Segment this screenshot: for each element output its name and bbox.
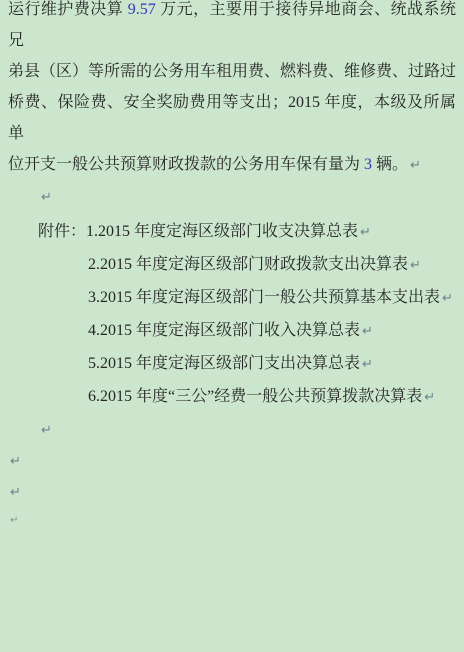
paragraph-text: 运行维护费决算: [8, 1, 128, 18]
paragraph-text: 辆。: [372, 156, 408, 173]
document-page[interactable]: 运行维护费决算 9.57 万元，主要用于接待异地商会、统战系统兄 弟县（区）等所…: [0, 0, 464, 531]
vehicle-count-value: 3: [364, 156, 372, 173]
attachment-item: 附件：1.2015 年度定海区级部门收支决算总表↵: [8, 216, 456, 249]
empty-paragraph: ↵: [8, 445, 456, 476]
paragraph-line: 弟县（区）等所需的公务用车租用费、燃料费、维修费、过路过: [8, 56, 456, 87]
attachment-item: 4.2015 年度定海区级部门收入决算总表↵: [8, 315, 456, 348]
attachment-list: 附件：1.2015 年度定海区级部门收支决算总表↵ 2.2015 年度定海区级部…: [8, 216, 456, 414]
attachment-item: 6.2015 年度“三公”经费一般公共预算拨款决算表↵: [8, 381, 456, 414]
paragraph-mark-icon: ↵: [8, 515, 18, 526]
empty-paragraph: ↵: [8, 414, 456, 445]
paragraph-mark-icon: ↵: [360, 357, 373, 372]
empty-paragraph: ↵: [8, 476, 456, 507]
empty-paragraph: ↵: [8, 507, 456, 531]
empty-paragraph: ↵: [8, 181, 456, 212]
paragraph-mark-icon: ↵: [408, 158, 421, 173]
paragraph-mark-icon: ↵: [39, 190, 52, 205]
attachment-item-text: 6.2015 年度“三公”经费一般公共预算拨款决算表: [88, 388, 422, 405]
attachment-item-text: 5.2015 年度定海区级部门支出决算总表: [88, 355, 360, 372]
attachment-item: 2.2015 年度定海区级部门财政拨款支出决算表↵: [8, 249, 456, 282]
attachment-item-text: 1.2015 年度定海区级部门收支决算总表: [86, 223, 358, 240]
body-paragraph: 运行维护费决算 9.57 万元，主要用于接待异地商会、统战系统兄 弟县（区）等所…: [8, 0, 456, 181]
paragraph-mark-icon: ↵: [8, 454, 21, 469]
attachment-item-text: 2.2015 年度定海区级部门财政拨款支出决算表: [88, 256, 408, 273]
paragraph-line: 运行维护费决算 9.57 万元，主要用于接待异地商会、统战系统兄: [8, 0, 456, 56]
paragraph-text: 位开支一般公共预算财政拨款的公务用车保有量为: [8, 156, 364, 173]
paragraph-text: 弟县（区）等所需的公务用车租用费、燃料费、维修费、过路过: [8, 63, 456, 80]
attachment-item-text: 3.2015 年度定海区级部门一般公共预算基本支出表: [88, 289, 440, 306]
paragraph-line: 位开支一般公共预算财政拨款的公务用车保有量为 3 辆。↵: [8, 149, 456, 181]
paragraph-line: 桥费、保险费、安全奖励费用等支出；2015 年度，本级及所属单: [8, 87, 456, 149]
attachment-label: 附件：: [38, 223, 86, 240]
paragraph-mark-icon: ↵: [8, 485, 21, 500]
attachment-item-text: 4.2015 年度定海区级部门收入决算总表: [88, 322, 360, 339]
decimal-value: 9.57: [128, 1, 156, 18]
paragraph-mark-icon: ↵: [358, 225, 371, 240]
attachment-item: 3.2015 年度定海区级部门一般公共预算基本支出表↵: [8, 282, 456, 315]
paragraph-mark-icon: ↵: [360, 324, 373, 339]
paragraph-mark-icon: ↵: [440, 291, 453, 306]
attachment-item: 5.2015 年度定海区级部门支出决算总表↵: [8, 348, 456, 381]
paragraph-mark-icon: ↵: [422, 390, 435, 405]
paragraph-mark-icon: ↵: [408, 258, 421, 273]
paragraph-mark-icon: ↵: [39, 423, 52, 438]
paragraph-text: 桥费、保险费、安全奖励费用等支出；2015 年度，本级及所属单: [8, 94, 456, 142]
